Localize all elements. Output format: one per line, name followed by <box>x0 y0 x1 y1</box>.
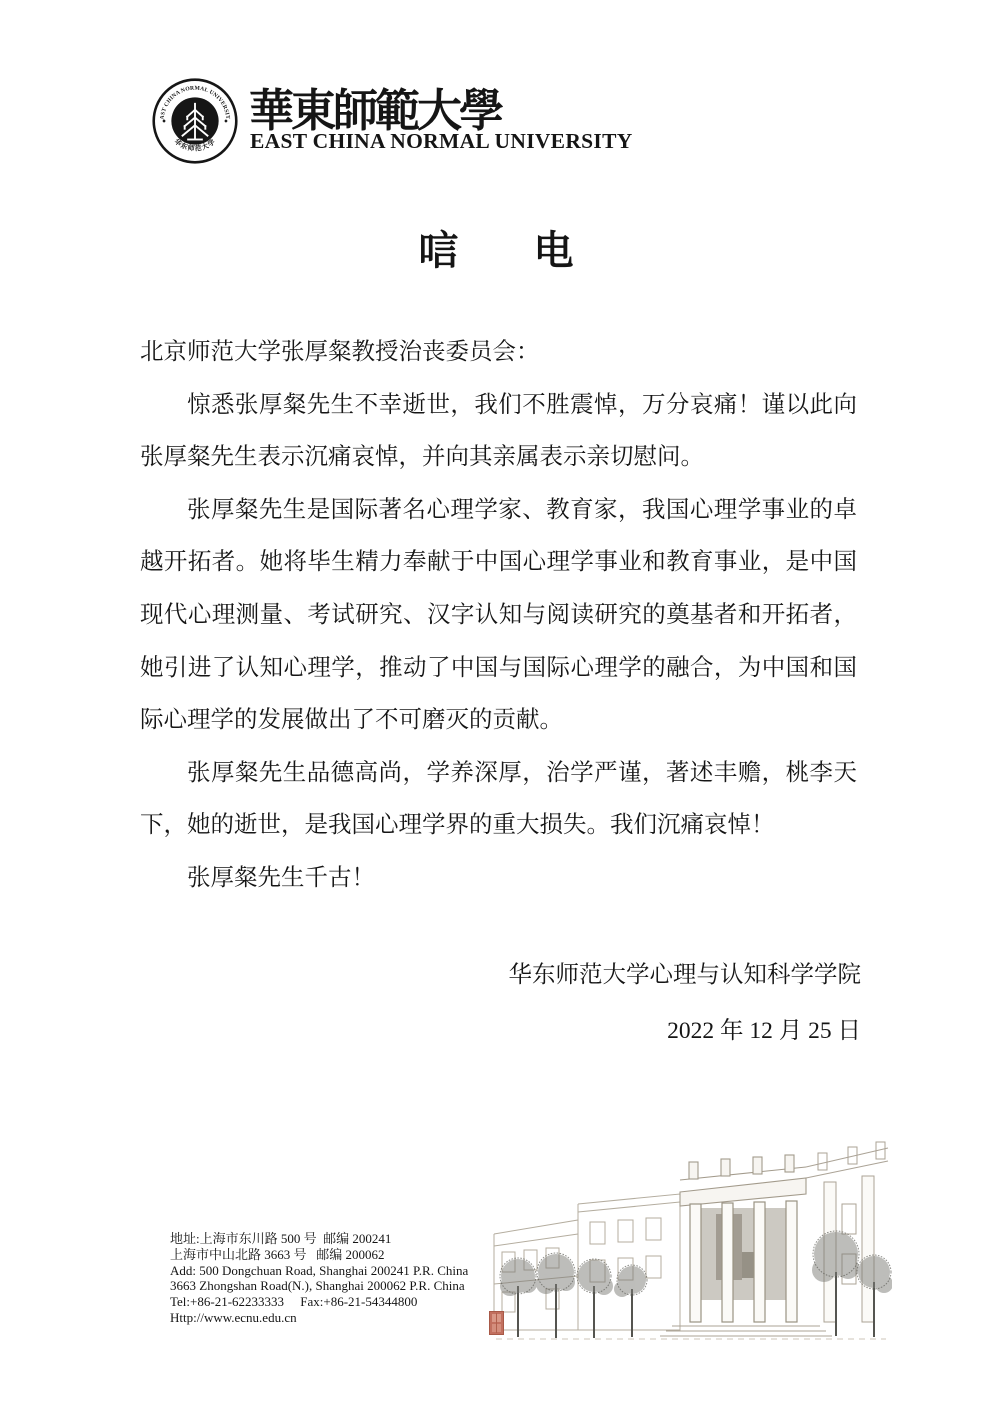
footer-address-en-1: Add: 500 Dongchuan Road, Shanghai 200241… <box>170 1263 468 1279</box>
footer-address-cn-1: 地址:上海市东川路 500 号 邮编 200241 <box>170 1231 468 1247</box>
signature-date: 2022 年 12 月 25 日 <box>667 1011 861 1045</box>
letter-body: 北京师范大学张厚粲教授治丧委员会： 惊悉张厚粲先生不幸逝世，我们不胜震悼，万分哀… <box>140 326 857 905</box>
paragraph-farewell: 张厚粲先生千古！ <box>140 852 857 905</box>
paragraph-character: 张厚粲先生品德高尚，学养深厚，治学严谨，著述丰赡，桃李天下，她的逝世，是我国心理… <box>140 747 857 852</box>
footer-address-en-2: 3663 Zhongshan Road(N.), Shanghai 200062… <box>170 1278 468 1294</box>
paragraph-condolence: 惊悉张厚粲先生不幸逝世，我们不胜震悼，万分哀痛！谨以此向张厚粲先生表示沉痛哀悼，… <box>140 379 857 484</box>
footer-tel-fax: Tel:+86-21-62233333 Fax:+86-21-54344800 <box>170 1294 468 1310</box>
paragraph-achievements: 张厚粲先生是国际著名心理学家、教育家，我国心理学事业的卓越开拓者。她将毕生精力奉… <box>140 484 857 747</box>
condolence-letter-page: EAST CHINA NORMAL UNIVERSITY 华东师范大学 華東師範… <box>0 0 992 1403</box>
footer-contact-block: 地址:上海市东川路 500 号 邮编 200241 上海市中山北路 3663 号… <box>170 1231 468 1326</box>
footer-website: Http://www.ecnu.edu.cn <box>170 1310 468 1326</box>
campus-building-illustration <box>490 1134 892 1348</box>
artist-seal-stamp <box>489 1311 504 1335</box>
salutation: 北京师范大学张厚粲教授治丧委员会： <box>140 326 857 379</box>
footer-address-cn-2: 上海市中山北路 3663 号 邮编 200062 <box>170 1247 468 1263</box>
document-title: 唁电 <box>0 219 992 276</box>
signature-organization: 华东师范大学心理与认知科学学院 <box>509 955 862 989</box>
university-name-en: EAST CHINA NORMAL UNIVERSITY <box>250 129 633 154</box>
title-char-2: 电 <box>534 228 574 273</box>
ecnu-seal-logo: EAST CHINA NORMAL UNIVERSITY 华东师范大学 <box>152 78 238 164</box>
title-char-1: 唁 <box>419 228 459 273</box>
